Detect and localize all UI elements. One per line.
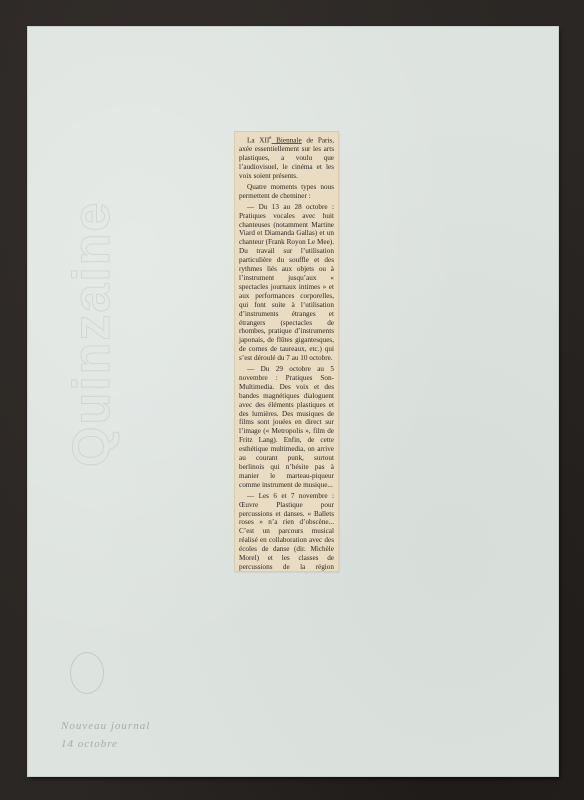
newspaper-clipping: La XIIe Biennale de Paris, axée essentie… <box>235 132 338 571</box>
mounting-sheet: Quinzaine La XIIe Biennale de Paris, axé… <box>28 27 558 776</box>
clipping-paragraph-intro: La XIIe Biennale de Paris, axée essentie… <box>239 135 334 181</box>
clipping-paragraph-overview: Quatre moments types nous permettent de … <box>239 183 334 201</box>
clipping-paragraph-vocal-practices: — Du 13 au 28 octobre : Pratiques vocale… <box>239 203 334 363</box>
show-through-circle-mark <box>70 652 104 694</box>
clipping-paragraph-son-multimedia: — Du 29 octobre au 5 novembre : Pratique… <box>239 365 334 490</box>
show-through-watermark: Quinzaine <box>62 87 122 467</box>
clipping-paragraph-oeuvre-plastique: — Les 6 et 7 novembre : Œuvre Plastique … <box>239 492 334 571</box>
handwritten-note-date: 14 octobre <box>61 738 118 750</box>
underlined-word-biennale: Biennale <box>271 136 301 144</box>
handwritten-note-source: Nouveau journal <box>61 720 150 732</box>
